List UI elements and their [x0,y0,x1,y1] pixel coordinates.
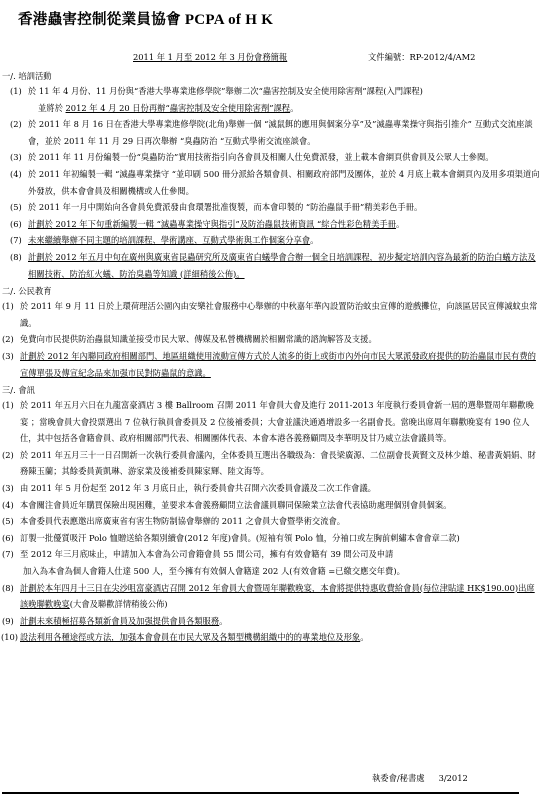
item-text: 於 2011 年 8 月 16 日在香港大學專業進修學院(北角)舉辦一個 “滅鼠… [28,119,533,146]
item-number: (8) [10,249,22,266]
title-chinese: 香港蟲害控制從業員協會 [18,11,181,28]
item-text: 由 2011 年 5 月份起至 2012 年 3 月底日止，執行委員會共召開六次… [20,483,376,493]
list-item: (9) 計劃未來積極招募各類新會員及加强提供會員各類服務。 [0,613,540,630]
report-title: 2011 年 1 月至 2012 年 3 月份會務簡報 [133,51,287,63]
item-number: (5) [2,513,14,530]
list-item: (4) 本會關注會員近年購買保險出現困難，並要求本會義務顧問立法會議員聯同保險業… [0,497,540,514]
item-suffix: 。 [310,235,318,245]
item-number: (6) [2,530,14,547]
item-suffix: 。 [396,219,404,229]
item-text: 並將於 [38,103,66,113]
item-text: 訂製一批優質吸汗 Polo 恤贈送給各類別續會(2012 年度)會員。(短袖有領… [20,533,460,543]
item-number: (8) [2,580,14,597]
item-number: (1) [2,298,14,315]
item-number: (6) [10,216,22,233]
document-title: 香港蟲害控制從業員協會PCPA of H K [18,8,273,29]
list-item: (3) 計劃於 2012 年內聯同政府相關部門、地區組織使用流動宣傳方式於人流多… [0,348,540,381]
list-item: (8) 計劃於 2012 年五月中旬在廣州與廣東省昆蟲研究所及廣東省白蟻學會合辦… [0,249,540,282]
item-underlined-text: 設法利用各種途徑或方法，加强本會會員在市民大眾及各類型機構組織中的的專業地位及形… [20,632,360,642]
document-footer: 執委會/秘書處3/2012 [372,772,468,784]
item-underlined-text: 計劃未來積極招募各類新會員及加强提供會員各類服務 [20,616,219,626]
item-underlined-text: 未來繼續舉辦不同主題的培訓課程、學術講座、互動式學術與工作個案分享會 [28,235,310,245]
item-suffix: 。 [290,103,298,113]
item-number: (7) [2,546,14,563]
item-text: 於 2011 年 11 月份編製一份“臭蟲防治”實用技術指引向各會員及相關人仕免… [28,152,494,162]
list-item: (1) 於 2011 年 9 月 11 日於上環荷理活公園內由安樂社會服務中心舉… [0,298,540,331]
item-number: (3) [2,348,14,365]
item-number: (4) [10,166,22,183]
footer-date: 3/2012 [439,773,468,783]
item-number: (7) [10,232,22,249]
item-underlined-text: 計劃於 2012 年內聯同政府相關部門、地區組織使用流動宣傳方式於人流多的街上或… [20,351,536,378]
item-continuation: 並將於 2012 年 4 月 20 日份再辦“蟲害控制及安全使用除害劑”課程。 [28,100,540,117]
item-text: 本會委員代表應邀出席廣東省有害生物防制協會舉辦的 2011 之會員大會暨學術交流… [20,516,345,526]
item-number: (3) [10,149,22,166]
item-number: (9) [2,613,14,630]
item-text: 本會關注會員近年購買保險出現困難，並要求本會義務顧問立法會議員聯同保險業立法會代… [20,500,451,510]
list-item: (2) 於 2011 年 8 月 16 日在香港大學專業進修學院(北角)舉辦一個… [0,116,540,149]
item-text: 於 2011 年初編製一輯 “滅蟲專業操守 “並印刷 500 冊分派給各類會員、… [28,169,540,196]
item-text: 於 11 年 4 月份、11 月份與“香港大學專業進修學院”舉辦二次“蟲害控制及… [28,83,540,100]
item-underlined-text: 計劃於 2012 年下旬重新編製一輯 “滅蟲專業操守與指引”及防治蟲鼠技術資訊 … [28,219,396,229]
item-number: (1) [2,397,14,414]
item-number: (2) [2,331,14,348]
item-suffix: (大會及聯歡詳情稍後公佈) [70,599,168,609]
item-text: 於 2011 年 9 月 11 日於上環荷理活公園內由安樂社會服務中心舉辦的中秋… [20,301,537,328]
list-item: (3) 由 2011 年 5 月份起至 2012 年 3 月底日止，執行委員會共… [0,480,540,497]
item-number: (5) [10,199,22,216]
list-item: (5) 本會委員代表應邀出席廣東省有害生物防制協會舉辦的 2011 之會員大會暨… [0,513,540,530]
item-text: 至 2012 年三月底味止，申請加入本會為公司會籍會員 55 間公司，擁有有效會… [20,546,540,563]
footer-divider [2,792,519,794]
list-item: (1) 於 11 年 4 月份、11 月份與“香港大學專業進修學院”舉辦二次“蟲… [0,83,540,116]
section-civic-education-title: 二/. 公民教育 [0,284,540,298]
item-text: 於 2011 年五月六日在九龍富豪酒店 3 樓 Ballroom 召開 2011… [20,400,534,443]
list-item: (6) 計劃於 2012 年下旬重新編製一輯 “滅蟲專業操守與指引”及防治蟲鼠技… [0,216,540,233]
item-underlined-text: 計劃於 2012 年五月中旬在廣州與廣東省昆蟲研究所及廣東省白蟻學會合辦一個全日… [28,252,536,279]
document-body: 一/. 培訓活動 (1) 於 11 年 4 月份、11 月份與“香港大學專業進修… [0,69,540,646]
title-english: PCPA of H K [185,12,273,28]
section-news-title: 三/. 會訊 [0,383,540,397]
list-item: (1) 於 2011 年五月六日在九龍富豪酒店 3 樓 Ballroom 召開 … [0,397,540,447]
item-text: 免費向市民提供防治蟲鼠知識並接受市民大眾、傳媒及私營機構關於相關常識的諮詢解答及… [20,334,377,344]
item-number: (1) [10,83,22,100]
item-suffix: 。 [219,616,227,626]
list-item: (5) 於 2011 年一月中開始向各會員免費派發由食環署批准復製，而本會印製的… [0,199,540,216]
list-item: (2) 於 2011 年五月三十一日召開新一次執行委員會議內，全体委員互選出各職… [0,447,540,480]
list-item: (8) 計劃於本年四月十三日在尖沙咀富豪酒店召開 2012 年會員大會暨周年聯歡… [0,580,540,613]
section-training-title: 一/. 培訓活動 [0,69,540,83]
document-number: 文件編號：RP-2012/4/AM2 [368,51,475,63]
item-number: (3) [2,480,14,497]
item-suffix: 。 [360,632,368,642]
item-number: (2) [2,447,14,464]
signature: 執委會/秘書處 [372,773,425,783]
item-text: 於 2011 年一月中開始向各會員免費派發由食環署批准復製，而本會印製的 “防治… [28,202,422,212]
item-continuation: 加入為本會為個人會籍人仕達 500 人，至今擁有有效個人會籍達 202 人(有效… [20,563,540,580]
list-item: (2) 免費向市民提供防治蟲鼠知識並接受市民大眾、傳媒及私營機構關於相關常識的諮… [0,331,540,348]
list-item: (3) 於 2011 年 11 月份編製一份“臭蟲防治”實用技術指引向各會員及相… [0,149,540,166]
item-number: (4) [2,497,14,514]
list-item: (7) 至 2012 年三月底味止，申請加入本會為公司會籍會員 55 間公司，擁… [0,546,540,579]
list-item: (10) 設法利用各種途徑或方法，加强本會會員在市民大眾及各類型機構組織中的的專… [0,629,540,646]
item-text: 於 2011 年五月三十一日召開新一次執行委員會議內，全体委員互選出各職级為：會… [20,450,536,477]
item-number: (10) [1,629,18,646]
item-underlined-text: 2012 年 4 月 20 日份再辦“蟲害控制及安全使用除害劑”課程 [66,103,291,113]
list-item: (7) 未來繼續舉辦不同主題的培訓課程、學術講座、互動式學術與工作個案分享會。 [0,232,540,249]
item-number: (2) [10,116,22,133]
list-item: (4) 於 2011 年初編製一輯 “滅蟲專業操守 “並印刷 500 冊分派給各… [0,166,540,199]
list-item: (6) 訂製一批優質吸汗 Polo 恤贈送給各類別續會(2012 年度)會員。(… [0,530,540,547]
